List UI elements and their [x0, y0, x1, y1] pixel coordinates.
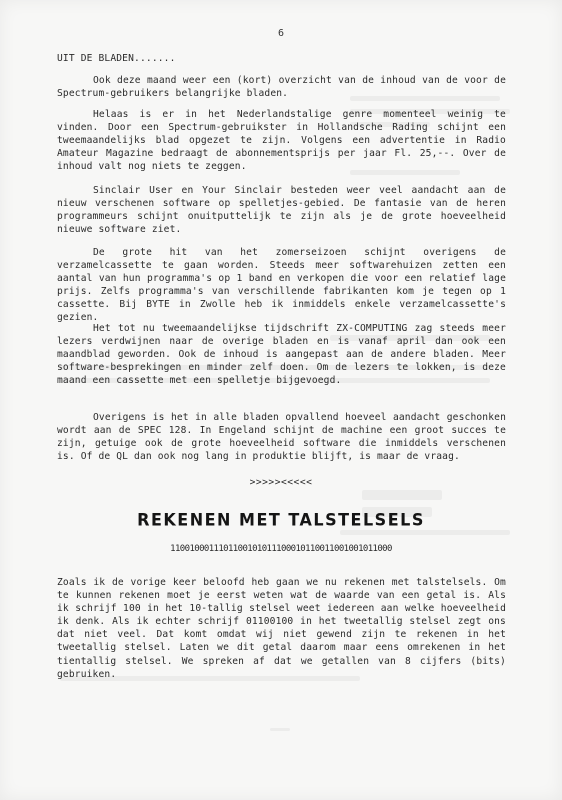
binary-banner: 1100100011101100101011100010110011001001…	[0, 544, 562, 554]
article-body: Zoals ik de vorige keer beloofd heb gaan…	[57, 576, 506, 681]
paragraph-text: Ook deze maand weer een (kort) overzicht…	[57, 75, 506, 99]
paragraph-sinclair-user: Sinclair User en Your Sinclair besteden …	[57, 184, 506, 236]
paragraph-compilation-cassette: De grote hit van het zomerseizoen schijn…	[57, 246, 506, 325]
paragraph-text: De grote hit van het zomerseizoen schijn…	[57, 247, 506, 323]
bleed-through-mark	[270, 728, 290, 731]
paragraph-text: Sinclair User en Your Sinclair besteden …	[57, 185, 506, 235]
paragraph-zx-computing: Het tot nu tweemaandelijkse tijdschrift …	[57, 322, 506, 387]
paragraph-text: Overigens is het in alle bladen opvallen…	[57, 412, 506, 462]
paragraph-intro: Ook deze maand weer een (kort) overzicht…	[57, 74, 506, 100]
scanned-page: 6 UIT DE BLADEN....... Ook deze maand we…	[0, 0, 562, 800]
paragraph-text: Zoals ik de vorige keer beloofd heb gaan…	[57, 577, 506, 680]
bleed-through-mark	[362, 490, 442, 500]
paragraph-text: Helaas is er in het Nederlandstalige gen…	[57, 109, 506, 172]
paragraph-dutch-magazines: Helaas is er in het Nederlandstalige gen…	[57, 108, 506, 173]
article-title: REKENEN MET TALSTELSELS	[0, 510, 562, 530]
page-number: 6	[0, 28, 562, 39]
bleed-through-mark	[340, 530, 510, 535]
section-separator: >>>>><<<<<	[0, 477, 562, 488]
section-heading: UIT DE BLADEN.......	[57, 52, 506, 65]
paragraph-spec-128: Overigens is het in alle bladen opvallen…	[57, 411, 506, 463]
paragraph-text: Het tot nu tweemaandelijkse tijdschrift …	[57, 323, 506, 386]
